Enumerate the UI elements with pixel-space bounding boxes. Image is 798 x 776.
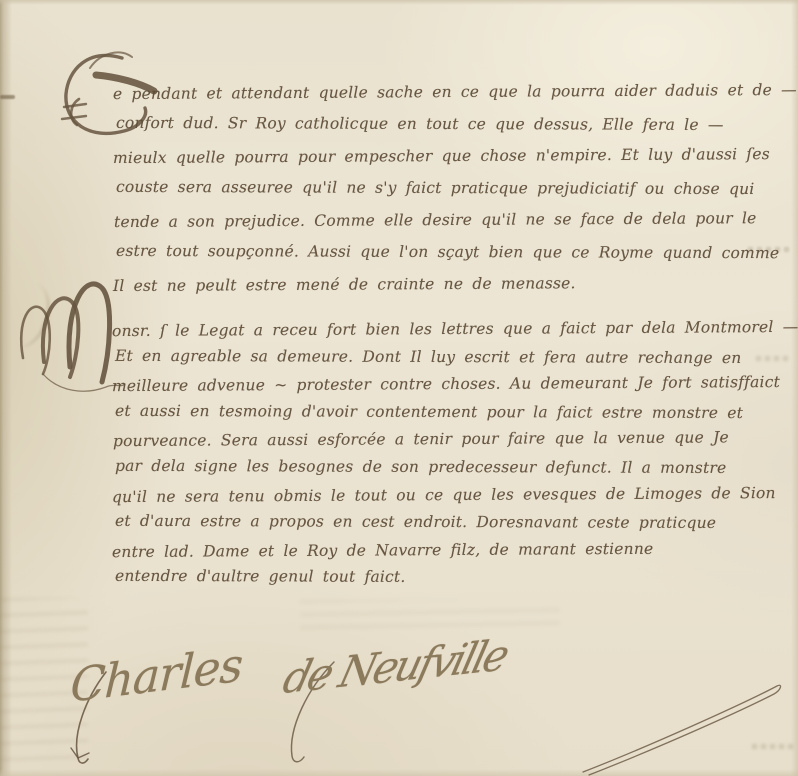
manuscript-page: e pendant et attendant quelle sache en c… [0, 0, 798, 776]
manuscript-line: meilleure advenue ~ protester contre cho… [112, 369, 790, 401]
manuscript-line: qu'il ne sera tenu obmis le tout ou ce q… [112, 479, 790, 511]
page-edge-right [791, 0, 798, 776]
manuscript-line: couste sera asseuree qu'il ne s'y faict … [113, 171, 788, 205]
page-edge-left [0, 0, 12, 776]
manuscript-line: et d'aura estre a propos en cest endroit… [112, 508, 790, 538]
manuscript-line: et aussi en tesmoing d'avoir contentemen… [112, 398, 790, 428]
manuscript-line: onsr. ſ le Legat a receu fort bien les l… [112, 314, 790, 346]
manuscript-line: tende a son prejudice. Comme elle desire… [113, 202, 788, 238]
manuscript-line: Il est ne peult estre mené de crainte ne… [113, 266, 788, 302]
manuscript-line: estre tout soupçonné. Aussi que l'on sça… [113, 235, 788, 269]
signature-secretary: de Neufville [278, 630, 512, 704]
bleedthrough-mark [300, 600, 560, 634]
paragraph-1: e pendant et attendant quelle sache en c… [113, 76, 788, 300]
signature-charles: Charles [69, 637, 243, 713]
manuscript-line: Et en agreable sa demeure. Dont Il luy e… [112, 342, 790, 372]
manuscript-line: confort dud. Sr Roy catholicque en tout … [113, 107, 788, 141]
manuscript-line: entre lad. Dame et le Roy de Navarre fil… [112, 535, 790, 567]
manuscript-line: mieulx quelle pourra pour empescher que … [113, 138, 788, 174]
pen-flourish [565, 676, 795, 776]
manuscript-line: par dela signe les besognes de son prede… [112, 453, 790, 483]
manuscript-line: e pendant et attendant quelle sache en c… [113, 74, 788, 110]
manuscript-line: pourveance. Sera aussi esforcée a tenir … [112, 424, 790, 456]
page-edge-top [0, 0, 798, 5]
paragraph-2: onsr. ſ le Legat a receu fort bien les l… [112, 316, 790, 592]
manuscript-line: entendre d'aultre genul tout faict. [112, 563, 790, 593]
